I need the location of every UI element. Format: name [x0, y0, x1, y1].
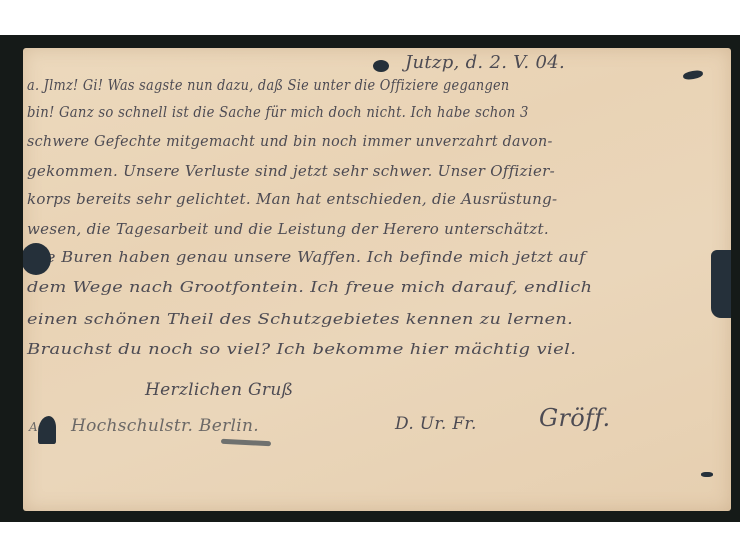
- text-line-4: gekommen. Unsere Verluste sind jetzt seh…: [27, 162, 555, 180]
- ink-blot-bottom-right: [701, 472, 713, 477]
- ink-blot-top-right: [683, 70, 704, 81]
- ink-blot-top-center: [373, 60, 389, 72]
- text-line-3: schwere Gefechte mitgemacht und bin noch…: [27, 132, 553, 150]
- text-line-8: dem Wege nach Grootfontein. Ich freue mi…: [27, 278, 592, 296]
- postcard: Jutzp, d. 2. V. 04. a. Jlmz! Gi! Was sag…: [23, 48, 731, 511]
- closing-greeting: Herzlichen Gruß: [145, 380, 293, 400]
- text-line-9: einen schönen Theil des Schutzgebietes k…: [27, 310, 573, 328]
- place-date: Jutzp, d. 2. V. 04.: [405, 52, 565, 73]
- text-line-7: Die Buren haben genau unsere Waffen. Ich…: [27, 248, 586, 266]
- ink-blot-right-middle: [711, 250, 731, 318]
- text-line-6: wesen, die Tagesarbeit und die Leistung …: [27, 220, 549, 238]
- text-line-2: bin! Ganz so schnell ist die Sache für m…: [27, 103, 529, 121]
- signature: Gröff.: [539, 404, 610, 432]
- ink-blot-left-lower: [38, 416, 56, 444]
- text-line-5: korps bereits sehr gelichtet. Man hat en…: [27, 190, 557, 208]
- ink-blot-left-middle: [23, 243, 51, 275]
- signature-prefix: D. Ur. Fr.: [395, 414, 477, 434]
- address-underline: [221, 439, 271, 447]
- text-line-1: a. Jlmz! Gi! Was sagste nun dazu, daß Si…: [27, 76, 509, 94]
- text-line-10: Brauchst du noch so viel? Ich bekomme hi…: [27, 340, 576, 358]
- sender-address: Hochschulstr. Berlin.: [71, 416, 259, 436]
